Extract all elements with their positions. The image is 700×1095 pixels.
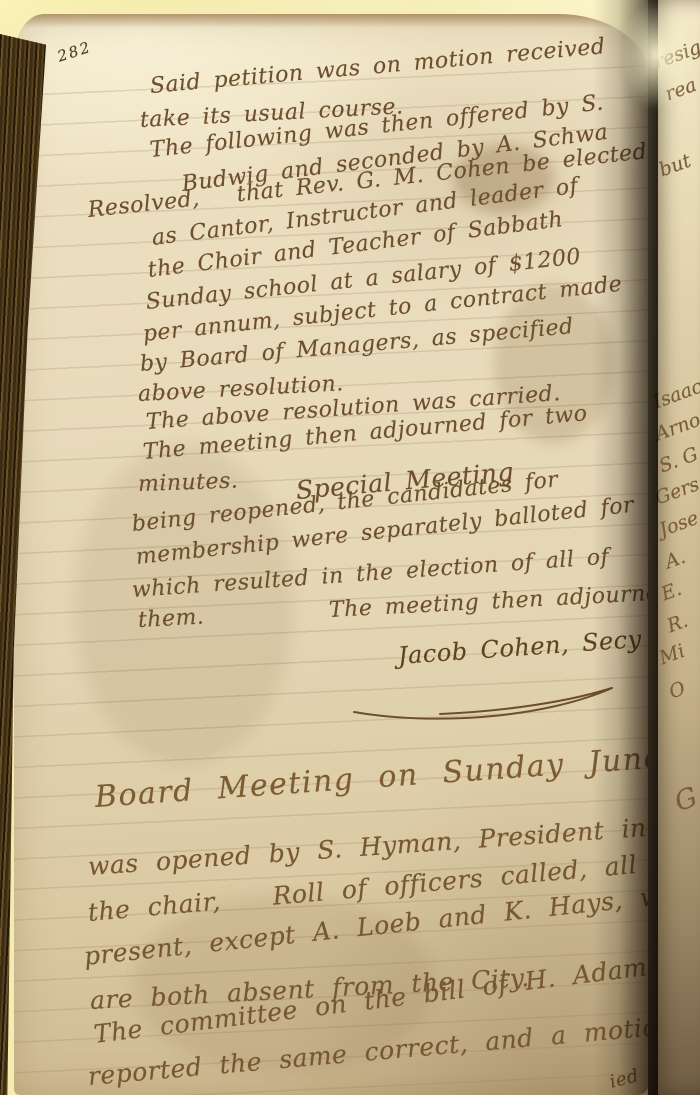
opposite-page-fragment: S. G <box>656 443 700 477</box>
handwritten-line: Said petition was on motion received <box>149 34 606 99</box>
opposite-page-fragment: but <box>656 150 694 182</box>
opposite-page-fragment: resig <box>651 36 700 73</box>
opposite-page-fragment: A. <box>662 546 688 573</box>
opposite-page-fragment: rea <box>662 74 699 106</box>
opposite-page-fragment: Arno <box>652 409 700 446</box>
opposite-page-fragment: G <box>671 782 700 819</box>
opposite-page-fragment: O <box>666 677 688 703</box>
handwritten-line: minutes. <box>138 469 239 497</box>
clipped-word-fragment: ied <box>607 1065 641 1092</box>
manuscript-page: 282 Said petition was on motion received… <box>14 14 648 1095</box>
opposite-page-fragment: Mi <box>656 640 688 669</box>
opposite-page-fragment: E. <box>658 578 684 605</box>
opposite-page-fragment: Gers <box>652 473 700 509</box>
photo-background: 282 Said petition was on motion received… <box>0 0 700 1095</box>
opposite-page-fragment: Isaac <box>650 375 700 413</box>
opposite-page-fragment: Jose <box>656 507 700 541</box>
page-number: 282 <box>55 38 94 66</box>
signature-flourish-stroke <box>354 688 612 719</box>
signature-flourish <box>344 682 624 728</box>
opposite-page-fragment: R. <box>664 610 691 638</box>
opposite-page: resig rea but Isaac Arno S. G Gers Jose … <box>648 0 700 1095</box>
secretary-signature: Jacob Cohen, Secy <box>397 625 643 670</box>
